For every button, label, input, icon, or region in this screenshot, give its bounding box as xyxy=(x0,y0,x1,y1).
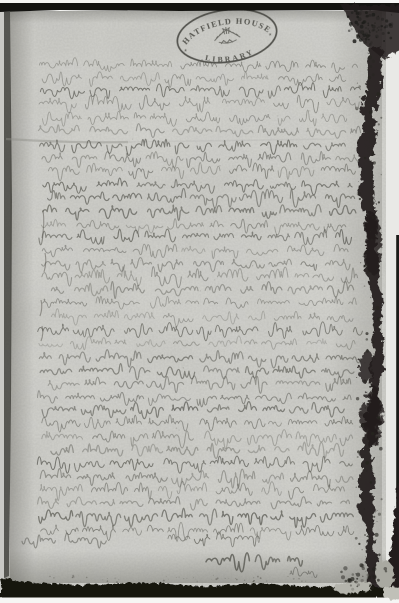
speckle xyxy=(371,574,374,577)
speckle xyxy=(107,580,109,582)
speckle xyxy=(359,198,361,200)
speckle xyxy=(371,239,373,241)
speckle xyxy=(365,15,367,17)
speckle xyxy=(72,576,74,578)
speckle xyxy=(374,22,376,24)
speckle xyxy=(375,132,378,135)
speckle xyxy=(301,581,302,582)
speckle xyxy=(365,11,368,14)
speckle xyxy=(166,576,167,577)
speckle xyxy=(176,427,178,429)
speckle xyxy=(356,397,359,400)
speckle xyxy=(377,27,379,29)
speckle xyxy=(350,584,352,586)
speckle xyxy=(345,580,348,583)
speckle xyxy=(293,578,295,580)
speckle xyxy=(372,29,374,31)
speckle xyxy=(219,165,220,166)
speckle xyxy=(298,578,300,580)
speckle xyxy=(367,28,369,30)
fragment xyxy=(373,559,393,587)
speckle xyxy=(387,32,390,35)
speckle xyxy=(201,182,202,183)
speckle xyxy=(376,349,377,350)
speckle xyxy=(357,456,359,458)
speckle xyxy=(370,297,371,298)
speckle xyxy=(348,30,351,33)
speckle xyxy=(362,38,364,40)
speckle xyxy=(86,577,88,579)
speckle xyxy=(235,578,236,579)
speckle xyxy=(365,461,369,465)
speckle xyxy=(364,362,365,363)
speckle xyxy=(341,575,345,579)
speckle xyxy=(376,441,377,442)
speckle xyxy=(374,564,377,567)
speckle xyxy=(376,306,380,310)
speckle xyxy=(361,579,364,582)
speckle xyxy=(372,569,375,572)
speckle xyxy=(356,486,358,488)
speckle xyxy=(382,8,385,11)
speckle xyxy=(360,25,364,29)
speckle xyxy=(362,21,365,24)
speckle xyxy=(364,157,366,159)
speckle xyxy=(78,575,79,576)
speckle xyxy=(357,142,359,144)
speckle xyxy=(381,18,384,21)
speckle xyxy=(371,586,374,589)
speckle xyxy=(377,579,380,582)
speckle xyxy=(352,573,355,576)
speckle xyxy=(357,83,358,84)
speckle xyxy=(372,73,375,76)
speckle xyxy=(176,577,177,578)
speckle xyxy=(370,6,371,7)
speckle xyxy=(375,321,376,322)
speckle xyxy=(252,265,253,266)
speckle xyxy=(356,578,358,580)
speckle xyxy=(319,460,320,461)
speckle xyxy=(354,8,358,12)
speckle xyxy=(364,508,366,510)
speckle xyxy=(365,32,369,36)
speckle xyxy=(117,271,118,272)
speckle xyxy=(381,25,383,27)
speckle xyxy=(353,39,357,43)
speckle xyxy=(357,450,360,453)
speckle xyxy=(384,567,388,571)
speckle xyxy=(380,117,382,119)
speckle xyxy=(49,576,50,577)
speckle xyxy=(371,228,373,230)
speckle xyxy=(192,345,193,346)
speckle xyxy=(215,578,217,580)
speckle xyxy=(225,578,226,579)
speckle xyxy=(257,576,259,578)
speckle xyxy=(183,367,184,368)
speckle xyxy=(367,576,371,580)
speckle xyxy=(253,577,254,578)
speckle xyxy=(368,76,371,79)
speckle xyxy=(370,231,371,232)
speckle xyxy=(385,25,388,28)
speckle xyxy=(140,260,142,262)
speckle xyxy=(374,358,376,360)
speckle xyxy=(53,577,54,578)
speckle xyxy=(379,587,380,588)
speckle xyxy=(186,578,187,579)
speckle xyxy=(375,533,379,537)
speckle xyxy=(367,24,369,26)
speckle xyxy=(380,29,382,31)
speckle xyxy=(381,174,382,175)
speckle xyxy=(113,476,114,477)
speckle xyxy=(356,377,357,378)
speckle xyxy=(371,467,373,469)
speckle xyxy=(381,247,382,248)
speckle xyxy=(357,192,361,196)
speckle xyxy=(376,31,378,33)
speckle xyxy=(367,271,369,273)
bottom-shade xyxy=(4,550,386,583)
speckle xyxy=(347,578,351,582)
speckle xyxy=(351,588,354,591)
speckle xyxy=(209,465,210,466)
speckle xyxy=(383,40,385,42)
speckle xyxy=(360,262,361,263)
speckle xyxy=(359,38,363,42)
speckle xyxy=(389,24,393,28)
speckle xyxy=(370,65,373,68)
speckle xyxy=(371,432,374,435)
speckle xyxy=(114,577,116,579)
speckle xyxy=(368,55,372,59)
torn-edge-bulge xyxy=(361,209,375,238)
speckle xyxy=(343,566,347,570)
speckle xyxy=(367,22,369,24)
speckle xyxy=(358,543,360,545)
speckle xyxy=(378,513,381,516)
speckle xyxy=(369,111,372,114)
speckle xyxy=(347,16,350,19)
speckle xyxy=(375,313,376,314)
speckle xyxy=(183,578,184,579)
speckle xyxy=(368,39,370,41)
speckle xyxy=(366,577,367,578)
speckle xyxy=(266,580,268,582)
speckle xyxy=(277,115,279,117)
speckle xyxy=(359,188,360,189)
speckle xyxy=(142,346,143,347)
speckle xyxy=(228,578,229,579)
speckle xyxy=(361,549,363,551)
speckle xyxy=(378,201,380,203)
speckle xyxy=(363,379,366,382)
speckle xyxy=(373,161,376,164)
speckle xyxy=(359,426,361,428)
speckle xyxy=(364,582,365,583)
speckle xyxy=(360,412,364,416)
speckle xyxy=(378,26,380,28)
speckle xyxy=(355,107,358,110)
speckle xyxy=(364,41,367,44)
speckle xyxy=(372,25,376,29)
speckle xyxy=(370,41,373,44)
speckle xyxy=(389,37,392,40)
speckle xyxy=(377,402,379,404)
speckle xyxy=(305,581,306,582)
speckle xyxy=(244,580,245,581)
speckle xyxy=(116,581,118,583)
speckle xyxy=(391,14,392,15)
speckle xyxy=(371,369,373,371)
speckle xyxy=(375,12,376,13)
speckle xyxy=(160,271,162,273)
speckle xyxy=(362,567,365,570)
speckle xyxy=(372,391,375,394)
speckle xyxy=(371,153,374,156)
speckle xyxy=(196,581,198,583)
speckle xyxy=(359,96,361,98)
speckle xyxy=(179,429,180,430)
speckle xyxy=(378,123,380,125)
speckle xyxy=(370,481,372,483)
speckle xyxy=(358,30,362,34)
manuscript-page-photo: HATFIELD HOUSE LIBRARY * * xyxy=(0,0,399,603)
speckle xyxy=(195,579,196,580)
speckle xyxy=(311,577,312,578)
speckle xyxy=(378,554,381,557)
speckle xyxy=(361,423,364,426)
speckle xyxy=(200,290,201,291)
speckle xyxy=(358,85,361,88)
speckle xyxy=(287,576,288,577)
speckle xyxy=(369,30,370,31)
speckle xyxy=(207,420,208,421)
speckle xyxy=(354,21,357,24)
speckle xyxy=(375,35,379,39)
speckle xyxy=(340,571,343,574)
speckle xyxy=(379,447,383,451)
speckle xyxy=(351,28,353,30)
speckle xyxy=(370,570,371,571)
speckle xyxy=(366,338,369,341)
speckle xyxy=(102,579,104,581)
speckle xyxy=(365,407,366,408)
speckle xyxy=(376,16,380,20)
speckle xyxy=(369,9,371,11)
speckle xyxy=(139,291,140,292)
speckle xyxy=(375,104,377,106)
speckle xyxy=(351,11,354,14)
speckle xyxy=(356,586,358,588)
speckle xyxy=(376,92,380,96)
top-shade xyxy=(4,11,386,23)
speckle xyxy=(366,349,369,352)
speckle xyxy=(118,579,119,580)
speckle xyxy=(366,250,369,253)
speckle xyxy=(378,29,380,31)
speckle xyxy=(224,318,225,319)
speckle xyxy=(355,537,358,540)
speckle xyxy=(354,581,356,583)
speckle xyxy=(132,139,133,140)
speckle xyxy=(364,285,366,287)
speckle xyxy=(369,14,372,17)
speckle xyxy=(163,580,165,582)
speckle xyxy=(365,332,368,335)
speckle xyxy=(372,60,375,63)
speckle xyxy=(215,418,217,420)
speckle xyxy=(179,577,180,578)
speckle xyxy=(236,579,238,581)
speckle xyxy=(356,16,358,18)
speckle xyxy=(360,8,363,11)
speckle xyxy=(373,341,375,343)
speckle xyxy=(372,216,375,219)
speckle xyxy=(373,516,375,518)
speckle xyxy=(364,265,367,268)
speckle xyxy=(356,12,358,14)
speckle xyxy=(377,416,380,419)
speckle xyxy=(80,581,81,582)
speckle xyxy=(213,575,214,576)
speckle xyxy=(323,228,324,229)
speckle xyxy=(382,32,385,35)
speckle xyxy=(366,470,367,471)
speckle xyxy=(309,110,311,112)
speckle xyxy=(260,577,262,579)
speckle xyxy=(375,436,378,439)
speckle xyxy=(365,556,366,557)
speckle xyxy=(356,35,360,39)
speckle xyxy=(361,167,362,168)
left-shade xyxy=(10,11,34,583)
speckle xyxy=(193,577,194,578)
speckle xyxy=(369,32,371,34)
speckle xyxy=(214,279,215,280)
speckle xyxy=(378,15,380,17)
speckle xyxy=(107,578,108,579)
bottom-white-margin xyxy=(0,598,399,603)
speckle xyxy=(168,579,169,580)
speckle xyxy=(372,13,376,17)
speckle xyxy=(356,573,360,577)
speckle xyxy=(350,25,352,27)
speckle xyxy=(365,571,366,572)
speckle xyxy=(362,576,364,578)
speckle xyxy=(136,396,138,398)
speckle xyxy=(211,579,212,580)
speckle xyxy=(377,317,381,321)
left-outer-strip xyxy=(0,11,4,597)
speckle xyxy=(124,181,126,183)
manuscript-photo-canvas: HATFIELD HOUSE LIBRARY * * xyxy=(0,0,399,603)
speckle xyxy=(385,19,388,22)
speckle xyxy=(381,498,383,500)
speckle xyxy=(365,27,367,29)
